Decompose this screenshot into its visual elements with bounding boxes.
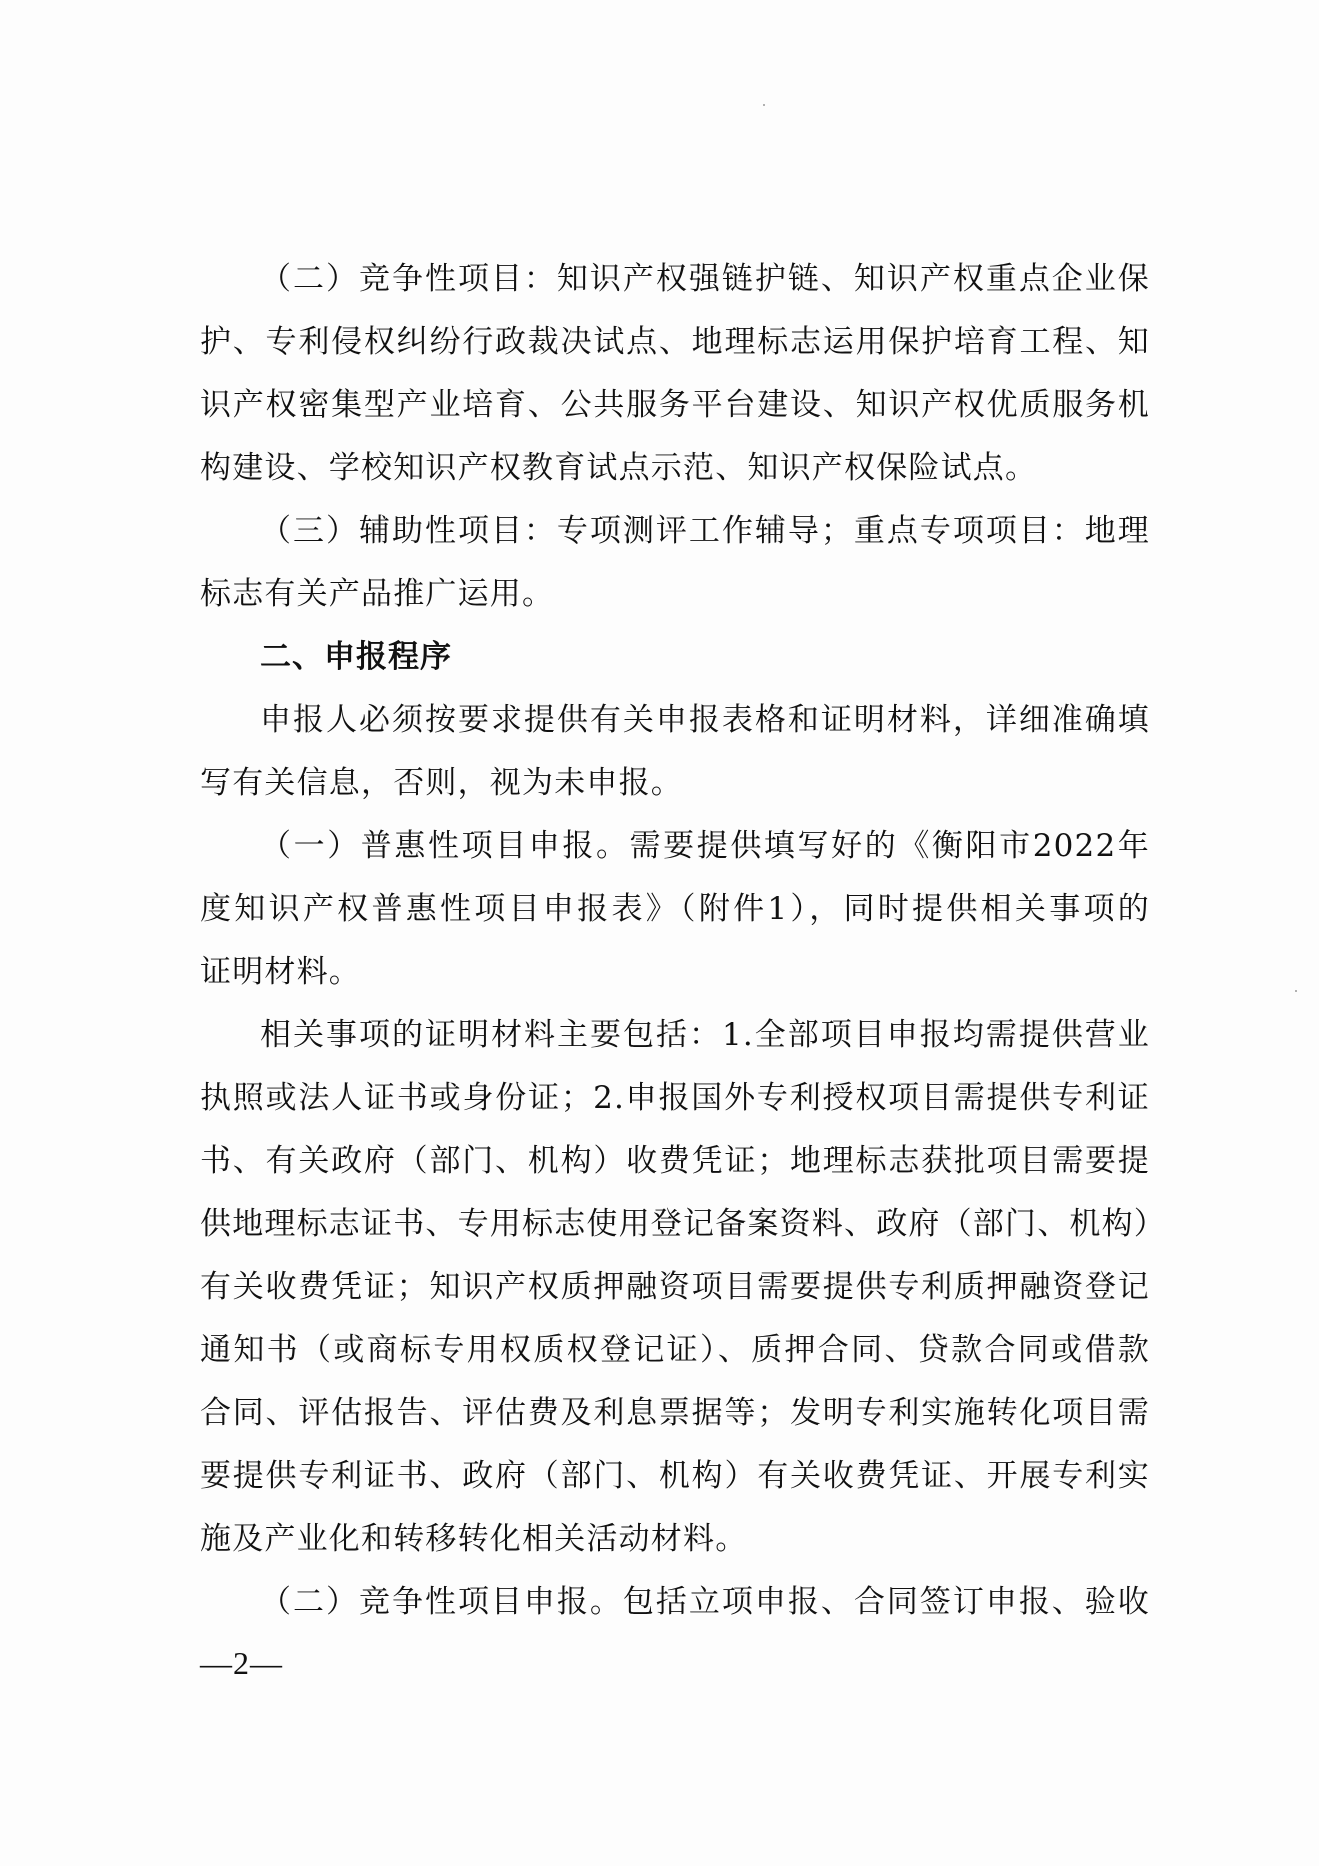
text-line: 证明材料。 [200, 941, 1150, 1004]
text-line: 有关收费凭证；知识产权质押融资项目需要提供专利质押融资登记 [200, 1256, 1150, 1319]
paragraph-supporting-materials: 相关事项的证明材料主要包括：1.全部项目申报均需提供营业 执照或法人证书或身份证… [200, 1004, 1150, 1571]
text-line: （一）普惠性项目申报。需要提供填写好的《衡阳市2022年 [200, 815, 1150, 878]
text-line: 标志有关产品推广运用。 [200, 563, 1150, 626]
text-line: 写有关信息，否则，视为未申报。 [200, 752, 1150, 815]
scan-speck [763, 104, 765, 106]
text-line: 护、专利侵权纠纷行政裁决试点、地理标志运用保护培育工程、知 [200, 311, 1150, 374]
text-line: 合同、评估报告、评估费及利息票据等；发明专利实施转化项目需 [200, 1382, 1150, 1445]
text-line: （二）竞争性项目：知识产权强链护链、知识产权重点企业保 [200, 248, 1150, 311]
scan-speck [1295, 990, 1297, 992]
paragraph-intro: 申报人必须按要求提供有关申报表格和证明材料，详细准确填 写有关信息，否则，视为未… [200, 689, 1150, 815]
text-line: 书、有关政府（部门、机构）收费凭证；地理标志获批项目需要提 [200, 1130, 1150, 1193]
text-line: 相关事项的证明材料主要包括：1.全部项目申报均需提供营业 [200, 1004, 1150, 1067]
document-page: （二）竞争性项目：知识产权强链护链、知识产权重点企业保 护、专利侵权纠纷行政裁决… [0, 0, 1319, 1866]
paragraph-inclusive-application: （一）普惠性项目申报。需要提供填写好的《衡阳市2022年 度知识产权普惠性项目申… [200, 815, 1150, 1004]
text-line: 识产权密集型产业培育、公共服务平台建设、知识产权优质服务机 [200, 374, 1150, 437]
paragraph-auxiliary-projects: （三）辅助性项目：专项测评工作辅导；重点专项项目：地理 标志有关产品推广运用。 [200, 500, 1150, 626]
paragraph-competitive-projects: （二）竞争性项目：知识产权强链护链、知识产权重点企业保 护、专利侵权纠纷行政裁决… [200, 248, 1150, 500]
page-number: —2— [200, 1645, 283, 1682]
text-line: 供地理标志证书、专用标志使用登记备案资料、政府（部门、机构） [200, 1193, 1150, 1256]
text-line: 通知书（或商标专用权质权登记证）、质押合同、贷款合同或借款 [200, 1319, 1150, 1382]
text-line: 要提供专利证书、政府（部门、机构）有关收费凭证、开展专利实 [200, 1445, 1150, 1508]
document-body: （二）竞争性项目：知识产权强链护链、知识产权重点企业保 护、专利侵权纠纷行政裁决… [200, 248, 1150, 1634]
text-line: （二）竞争性项目申报。包括立项申报、合同签订申报、验收 [200, 1571, 1150, 1634]
text-line: （三）辅助性项目：专项测评工作辅导；重点专项项目：地理 [200, 500, 1150, 563]
section-heading: 二、申报程序 [200, 626, 1150, 689]
text-line: 构建设、学校知识产权教育试点示范、知识产权保险试点。 [200, 437, 1150, 500]
text-line: 施及产业化和转移转化相关活动材料。 [200, 1508, 1150, 1571]
text-line: 申报人必须按要求提供有关申报表格和证明材料，详细准确填 [200, 689, 1150, 752]
text-line: 执照或法人证书或身份证；2.申报国外专利授权项目需提供专利证 [200, 1067, 1150, 1130]
paragraph-competitive-application: （二）竞争性项目申报。包括立项申报、合同签订申报、验收 [200, 1571, 1150, 1634]
text-line: 度知识产权普惠性项目申报表》（附件1），同时提供相关事项的 [200, 878, 1150, 941]
